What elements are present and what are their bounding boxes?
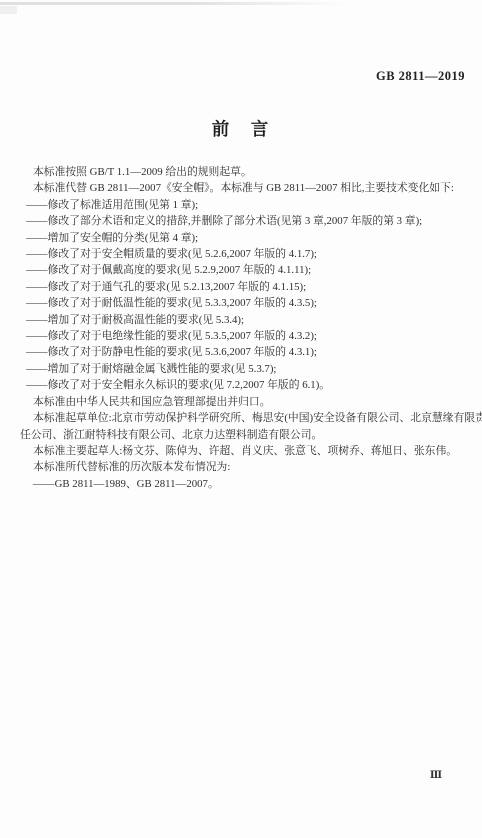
body-line: ——GB 2811—1989、GB 2811—2007。	[20, 476, 476, 492]
body-line: ——修改了部分术语和定义的措辞,并删除了部分术语(见第 3 章,2007 年版的…	[20, 213, 476, 229]
body-line: 任公司、浙江耐特科技有限公司、北京力达塑料制造有限公司。	[20, 427, 476, 443]
body-line: ——增加了安全帽的分类(见第 4 章);	[20, 230, 476, 246]
document-page: GB 2811—2019 前 言 本标准按照 GB/T 1.1—2009 给出的…	[0, 0, 482, 838]
body-line: 本标准代替 GB 2811—2007《安全帽》。本标准与 GB 2811—200…	[20, 180, 476, 196]
body-line: ——修改了对于佩戴高度的要求(见 5.2.9,2007 年版的 4.1.11);	[20, 262, 476, 278]
body-line: ——修改了对于安全帽永久标识的要求(见 7.2,2007 年版的 6.1)。	[20, 377, 476, 393]
body-line: ——增加了对于耐极高温性能的要求(见 5.3.4);	[20, 312, 476, 328]
body-line: 本标准起草单位:北京市劳动保护科学研究所、梅思安(中国)安全设备有限公司、北京慧…	[20, 410, 476, 426]
standard-number: GB 2811—2019	[376, 69, 465, 84]
body-line: 本标准由中华人民共和国应急管理部提出并归口。	[20, 394, 476, 410]
body-line: 本标准所代替标准的历次版本发布情况为:	[20, 459, 476, 475]
body-line: ——修改了对于防静电性能的要求(见 5.3.6,2007 年版的 4.3.1);	[20, 344, 476, 360]
body-line: ——修改了对于电绝缘性能的要求(见 5.3.5,2007 年版的 4.3.2);	[20, 328, 476, 344]
foreword-title: 前 言	[0, 116, 482, 141]
page-number: Ⅲ	[430, 770, 442, 781]
body-line: ——修改了对于安全帽质量的要求(见 5.2.6,2007 年版的 4.1.7);	[20, 246, 476, 262]
body-line: ——修改了对于通气孔的要求(见 5.2.13,2007 年版的 4.1.15);	[20, 279, 476, 295]
scan-artifact-top-strip	[0, 2, 347, 5]
foreword-body: 本标准按照 GB/T 1.1—2009 给出的规则起草。本标准代替 GB 281…	[20, 164, 476, 492]
scan-artifact-corner-block	[0, 6, 17, 14]
body-line: ——增加了对于耐熔融金属飞溅性能的要求(见 5.3.7);	[20, 361, 476, 377]
body-line: 本标准主要起草人:杨文芬、陈倬为、许超、肖义庆、张意飞、项树乔、蒋旭日、张东伟。	[20, 443, 476, 459]
body-line: ——修改了对于耐低温性能的要求(见 5.3.3,2007 年版的 4.3.5);	[20, 295, 476, 311]
body-line: ——修改了标准适用范围(见第 1 章);	[20, 197, 476, 213]
body-line: 本标准按照 GB/T 1.1—2009 给出的规则起草。	[20, 164, 476, 180]
